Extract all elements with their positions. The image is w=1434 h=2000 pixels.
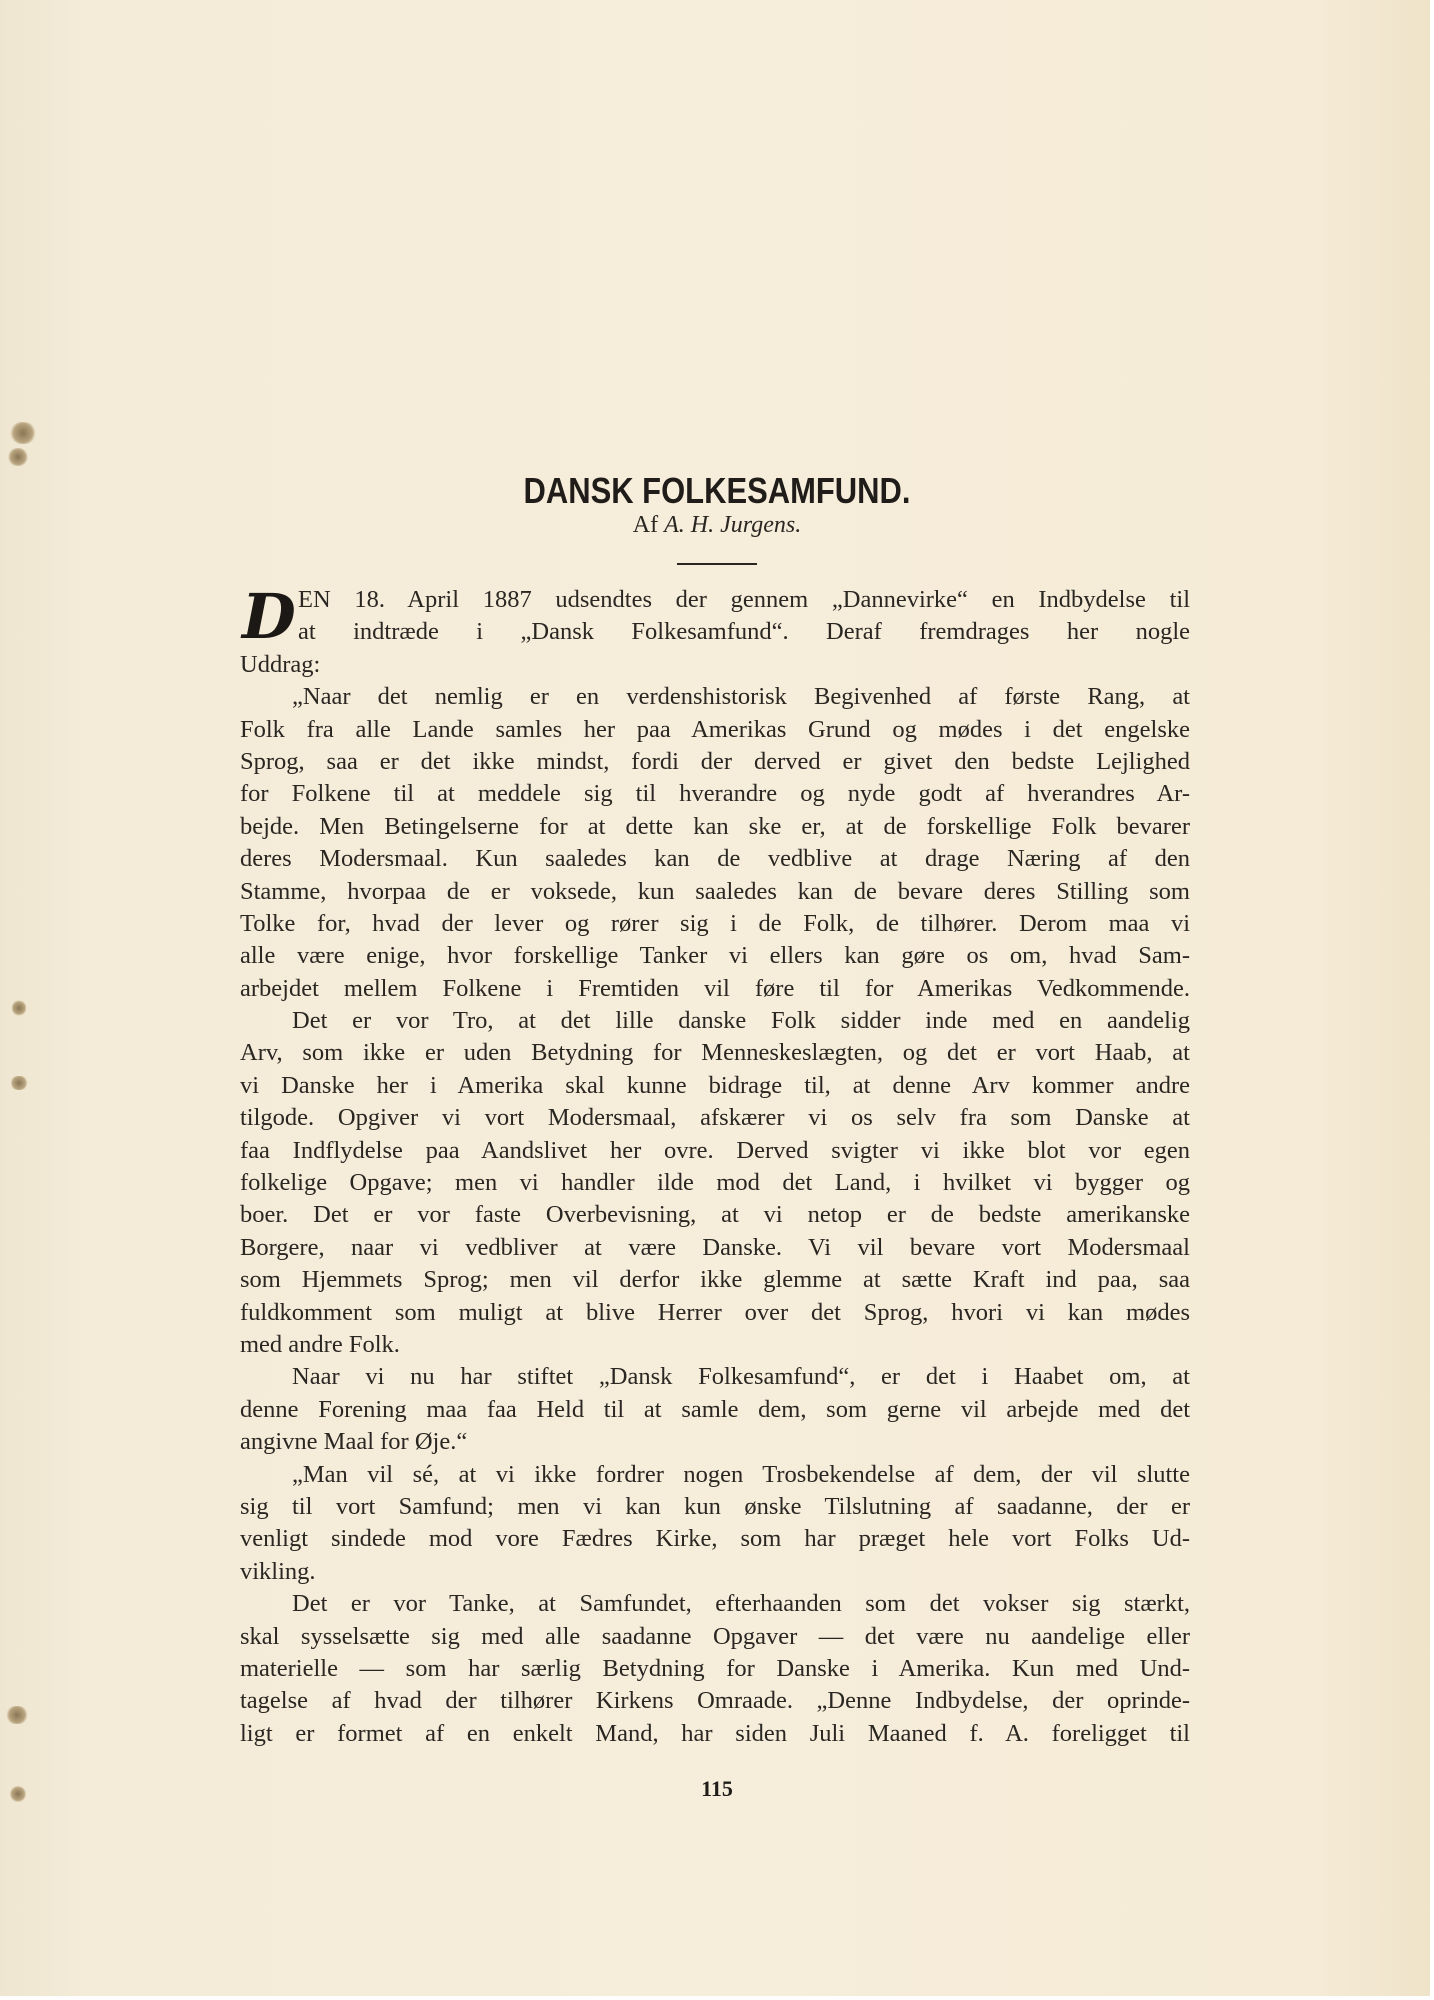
text-line-content: materielle — som har særlig Betydning fo… <box>240 1653 1190 1685</box>
text-line-content: EN 18. April 1887 udsendtes der gennem „… <box>240 584 1190 616</box>
text-line: folkelige Opgave; men vi handler ilde mo… <box>240 1167 1190 1199</box>
text-line-content: Borgere, naar vi vedbliver at være Dansk… <box>240 1232 1190 1264</box>
text-line: at indtræde i „Dansk Folkesamfund“. Dera… <box>240 616 1190 648</box>
article-title: DANSK FOLKESAMFUND. <box>100 470 1333 512</box>
text-line: vikling. <box>240 1556 1190 1588</box>
text-line-content: Folk fra alle Lande samles her paa Ameri… <box>240 714 1190 746</box>
text-line: Det er vor Tanke, at Samfundet, efterhaa… <box>240 1588 1190 1620</box>
text-line-content: sig til vort Samfund; men vi kan kun øns… <box>240 1491 1190 1523</box>
text-line-content: bejde. Men Betingelserne for at dette ka… <box>240 811 1190 843</box>
text-line: Stamme, hvorpaa de er voksede, kun saale… <box>240 876 1190 908</box>
text-line-content: at indtræde i „Dansk Folkesamfund“. Dera… <box>240 616 1190 648</box>
page-number: 115 <box>0 1776 1434 1802</box>
text-line-content: Uddrag: <box>240 649 1190 681</box>
text-line: Borgere, naar vi vedbliver at være Dansk… <box>240 1232 1190 1264</box>
text-line-content: angivne Maal for Øje.“ <box>240 1426 1190 1458</box>
text-line-content: tagelse af hvad der tilhører Kirkens Omr… <box>240 1685 1190 1717</box>
text-line-content: skal sysselsætte sig med alle saadanne O… <box>240 1621 1190 1653</box>
text-line-content: Det er vor Tanke, at Samfundet, efterhaa… <box>240 1588 1190 1620</box>
text-line: som Hjemmets Sprog; men vil derfor ikke … <box>240 1264 1190 1296</box>
text-line: vi Danske her i Amerika skal kunne bidra… <box>240 1070 1190 1102</box>
text-line-content: fuldkomment som muligt at blive Herrer o… <box>240 1297 1190 1329</box>
text-line-content: vikling. <box>240 1556 1190 1588</box>
text-line: tilgode. Opgiver vi vort Modersmaal, afs… <box>240 1102 1190 1134</box>
text-line: Uddrag: <box>240 649 1190 681</box>
text-line-content: arbejdet mellem Folkene i Fremtiden vil … <box>240 973 1190 1005</box>
text-line: boer. Det er vor faste Overbevisning, at… <box>240 1199 1190 1231</box>
title-rule <box>677 563 757 565</box>
text-line-content: vi Danske her i Amerika skal kunne bidra… <box>240 1070 1190 1102</box>
text-line-content: denne Forening maa faa Held til at samle… <box>240 1394 1190 1426</box>
text-line-content: „Man vil sé, at vi ikke fordrer nogen Tr… <box>240 1459 1190 1491</box>
text-line-content: tilgode. Opgiver vi vort Modersmaal, afs… <box>240 1102 1190 1134</box>
text-line: „Man vil sé, at vi ikke fordrer nogen Tr… <box>240 1459 1190 1491</box>
text-line: Folk fra alle Lande samles her paa Ameri… <box>240 714 1190 746</box>
text-line: med andre Folk. <box>240 1329 1190 1361</box>
text-line-content: som Hjemmets Sprog; men vil derfor ikke … <box>240 1264 1190 1296</box>
text-line: tagelse af hvad der tilhører Kirkens Omr… <box>240 1685 1190 1717</box>
article-body: D EN 18. April 1887 udsendtes der gennem… <box>240 584 1190 1750</box>
text-line-content: „Naar det nemlig er en verdenshistorisk … <box>240 681 1190 713</box>
text-line: EN 18. April 1887 udsendtes der gennem „… <box>240 584 1190 616</box>
text-line: Tolke for, hvad der lever og rører sig i… <box>240 908 1190 940</box>
text-line: alle være enige, hvor forskellige Tanker… <box>240 940 1190 972</box>
text-line-content: boer. Det er vor faste Overbevisning, at… <box>240 1199 1190 1231</box>
text-line: sig til vort Samfund; men vi kan kun øns… <box>240 1491 1190 1523</box>
text-line-content: Tolke for, hvad der lever og rører sig i… <box>240 908 1190 940</box>
text-line-content: Arv, som ikke er uden Betydning for Menn… <box>240 1037 1190 1069</box>
scanned-page: DANSK FOLKESAMFUND. Af A. H. Jurgens. D … <box>0 0 1434 2000</box>
text-line: deres Modersmaal. Kun saaledes kan de ve… <box>240 843 1190 875</box>
article-byline: Af A. H. Jurgens. <box>0 512 1434 539</box>
text-line: bejde. Men Betingelserne for at dette ka… <box>240 811 1190 843</box>
text-line: for Folkene til at meddele sig til hvera… <box>240 778 1190 810</box>
text-line-content: med andre Folk. <box>240 1329 1190 1361</box>
byline-prefix: Af <box>633 512 658 538</box>
text-line: materielle — som har særlig Betydning fo… <box>240 1653 1190 1685</box>
margin-stain <box>8 448 28 466</box>
text-line: ligt er formet af en enkelt Mand, har si… <box>240 1718 1190 1750</box>
text-line-content: ligt er formet af en enkelt Mand, har si… <box>240 1718 1190 1750</box>
text-line: arbejdet mellem Folkene i Fremtiden vil … <box>240 973 1190 1005</box>
text-line: skal sysselsætte sig med alle saadanne O… <box>240 1621 1190 1653</box>
text-line-content: for Folkene til at meddele sig til hvera… <box>240 778 1190 810</box>
margin-stain <box>10 422 36 444</box>
text-line: „Naar det nemlig er en verdenshistorisk … <box>240 681 1190 713</box>
text-line: Naar vi nu har stiftet „Dansk Folkesamfu… <box>240 1361 1190 1393</box>
text-line-content: alle være enige, hvor forskellige Tanker… <box>240 940 1190 972</box>
text-line: Sprog, saa er det ikke mindst, fordi der… <box>240 746 1190 778</box>
text-line-content: faa Indflydelse paa Aandslivet her ovre.… <box>240 1135 1190 1167</box>
text-line-content: venligt sindede mod vore Fædres Kirke, s… <box>240 1523 1190 1555</box>
text-line-content: folkelige Opgave; men vi handler ilde mo… <box>240 1167 1190 1199</box>
text-line-content: Naar vi nu har stiftet „Dansk Folkesamfu… <box>240 1361 1190 1393</box>
text-line: denne Forening maa faa Held til at samle… <box>240 1394 1190 1426</box>
text-line: venligt sindede mod vore Fædres Kirke, s… <box>240 1523 1190 1555</box>
text-line: faa Indflydelse paa Aandslivet her ovre.… <box>240 1135 1190 1167</box>
drop-cap: D <box>242 589 294 645</box>
text-line-content: Sprog, saa er det ikke mindst, fordi der… <box>240 746 1190 778</box>
text-line: Arv, som ikke er uden Betydning for Menn… <box>240 1037 1190 1069</box>
byline-author: A. H. Jurgens. <box>664 512 801 538</box>
text-line: angivne Maal for Øje.“ <box>240 1426 1190 1458</box>
margin-stain <box>10 1076 28 1090</box>
margin-stain <box>6 1706 28 1724</box>
margin-stain <box>12 1000 26 1016</box>
text-line: fuldkomment som muligt at blive Herrer o… <box>240 1297 1190 1329</box>
text-line-content: deres Modersmaal. Kun saaledes kan de ve… <box>240 843 1190 875</box>
text-line-content: Det er vor Tro, at det lille danske Folk… <box>240 1005 1190 1037</box>
text-line-content: Stamme, hvorpaa de er voksede, kun saale… <box>240 876 1190 908</box>
text-line: Det er vor Tro, at det lille danske Folk… <box>240 1005 1190 1037</box>
